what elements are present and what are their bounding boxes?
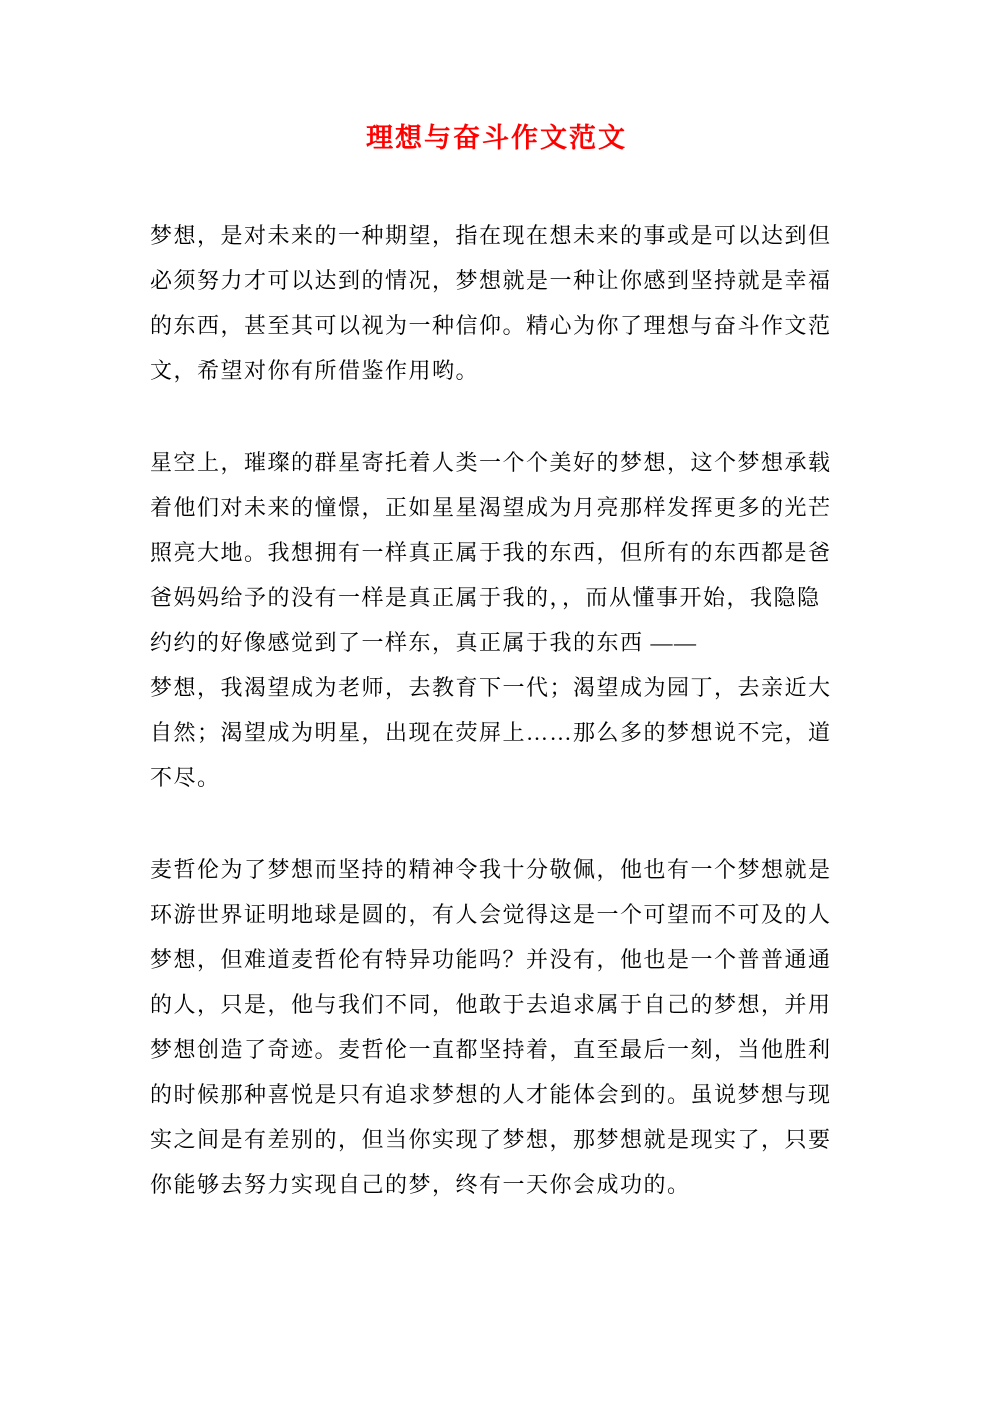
text-line: 环游世界证明地球是圆的，有人会觉得这是一个可望而不可及的人: [150, 892, 850, 937]
text-line: 自然；渴望成为明星，出现在荧屏上……那么多的梦想说不完，道: [150, 710, 850, 755]
text-line: 星空上，璀璨的群星寄托着人类一个个美好的梦想，这个梦想承载: [150, 440, 850, 485]
text-line: 的人，只是，他与我们不同，他敢于去追求属于自己的梦想，并用: [150, 982, 850, 1027]
text-line: 着他们对未来的憧憬，正如星星渴望成为月亮那样发挥更多的光芒: [150, 485, 850, 530]
text-line: 不尽。: [150, 755, 850, 800]
text-line: 照亮大地。我想拥有一样真正属于我的东西，但所有的东西都是爸: [150, 530, 850, 575]
text-line: 梦想，我渴望成为老师，去教育下一代；渴望成为园丁，去亲近大: [150, 665, 850, 710]
text-line: 梦想，但难道麦哲伦有特异功能吗？并没有，他也是一个普普通通: [150, 937, 850, 982]
document-title: 理想与奋斗作文范文: [0, 118, 993, 158]
text-line: 文，希望对你有所借鉴作用哟。: [150, 348, 850, 393]
text-line: 约约的好像感觉到了一样东，真正属于我的东西 ——: [150, 620, 850, 665]
text-line: 你能够去努力实现自己的梦，终有一天你会成功的。: [150, 1162, 850, 1207]
text-line: 爸妈妈给予的没有一样是真正属于我的，，而从懂事开始，我隐隐: [150, 575, 850, 620]
text-line: 梦想创造了奇迹。麦哲伦一直都坚持着，直至最后一刻，当他胜利: [150, 1027, 850, 1072]
text-line: 必须努力才可以达到的情况，梦想就是一种让你感到坚持就是幸福: [150, 258, 850, 303]
text-line: 的东西，甚至其可以视为一种信仰。精心为你了理想与奋斗作文范: [150, 303, 850, 348]
text-line: 的时候那种喜悦是只有追求梦想的人才能体会到的。虽说梦想与现: [150, 1072, 850, 1117]
text-line: 麦哲伦为了梦想而坚持的精神令我十分敬佩，他也有一个梦想就是: [150, 847, 850, 892]
document-page: 理想与奋斗作文范文 梦想，是对未来的一种期望，指在现在想未来的事或是可以达到但必…: [0, 0, 993, 1404]
document-body: 梦想，是对未来的一种期望，指在现在想未来的事或是可以达到但必须努力才可以达到的情…: [150, 213, 850, 1207]
paragraph-body-2: 麦哲伦为了梦想而坚持的精神令我十分敬佩，他也有一个梦想就是环游世界证明地球是圆的…: [150, 847, 850, 1207]
text-line: 实之间是有差别的，但当你实现了梦想，那梦想就是现实了，只要: [150, 1117, 850, 1162]
paragraph-body-1: 星空上，璀璨的群星寄托着人类一个个美好的梦想，这个梦想承载着他们对未来的憧憬，正…: [150, 440, 850, 800]
paragraph-intro: 梦想，是对未来的一种期望，指在现在想未来的事或是可以达到但必须努力才可以达到的情…: [150, 213, 850, 393]
text-line: 梦想，是对未来的一种期望，指在现在想未来的事或是可以达到但: [150, 213, 850, 258]
